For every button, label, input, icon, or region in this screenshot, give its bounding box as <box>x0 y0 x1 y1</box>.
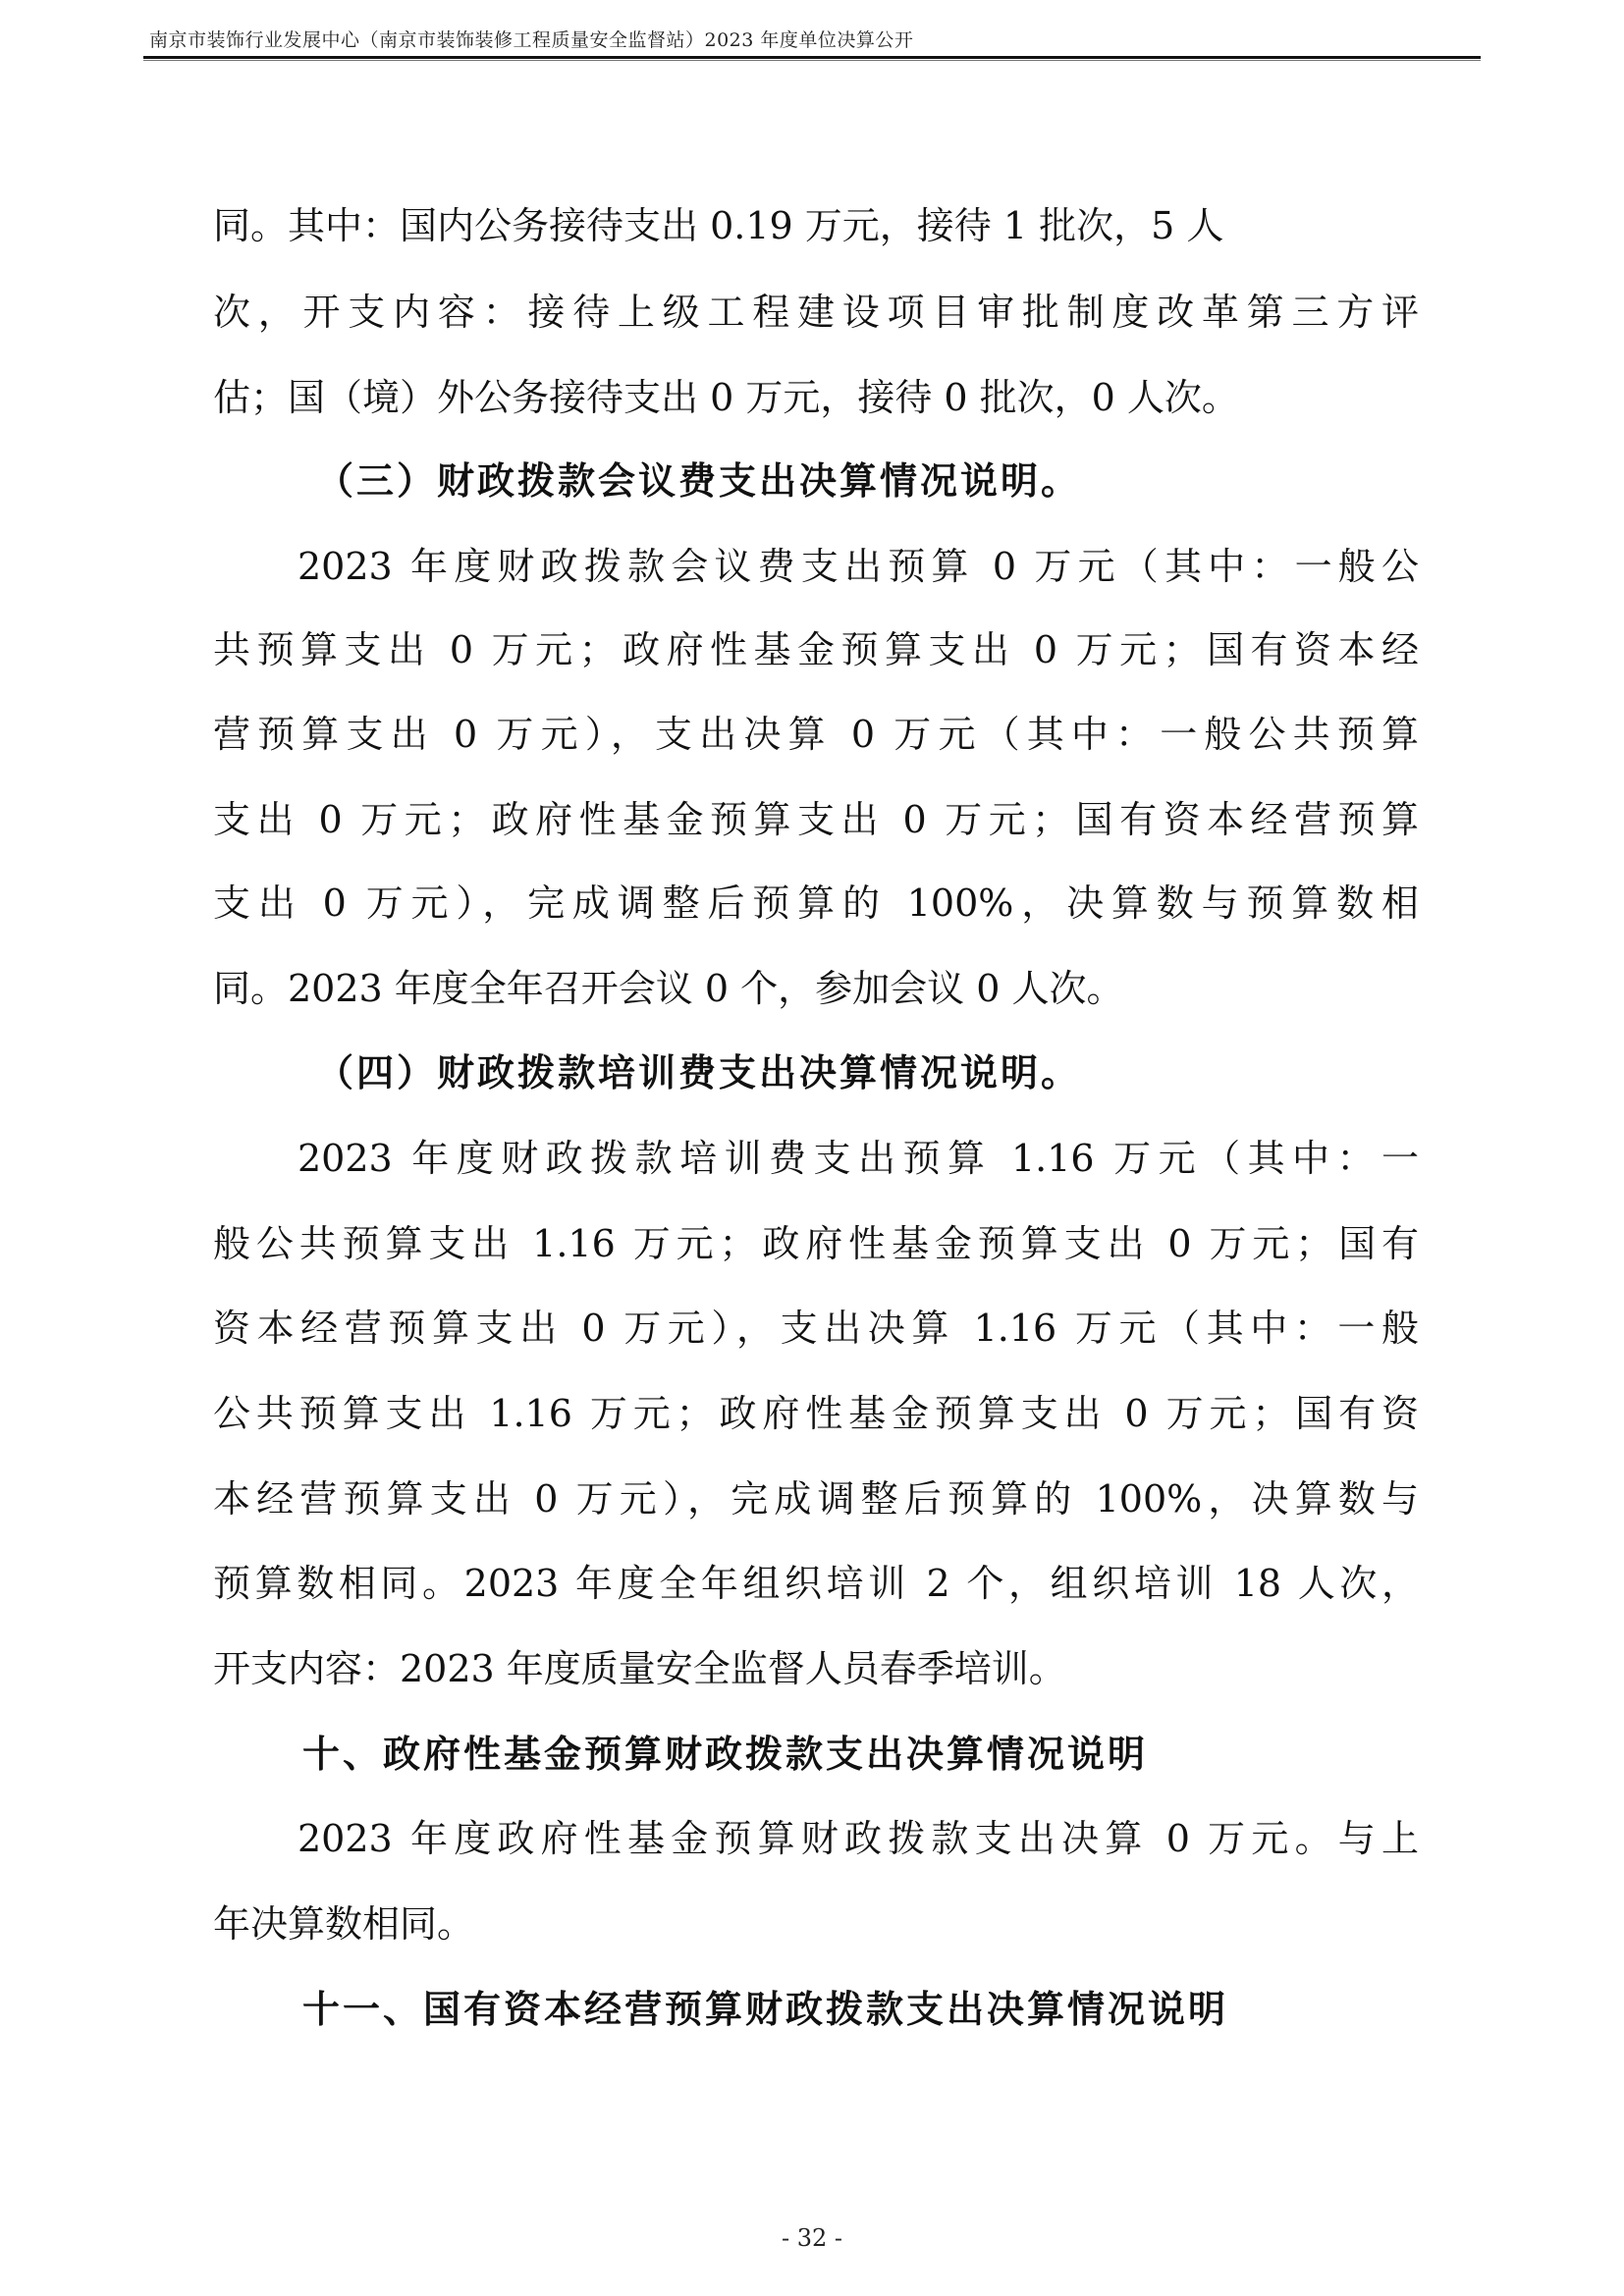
body-line: 次，开支内容：接待上级工程建设项目审批制度改革第三方评 <box>213 288 1419 337</box>
body-line: 共预算支出 0 万元；政府性基金预算支出 0 万元；国有资本经 <box>213 625 1419 674</box>
body-line: 2023 年度财政拨款培训费支出预算 1.16 万元（其中：一 <box>298 1134 1419 1183</box>
body-line: 同。其中：国内公务接待支出 0.19 万元，接待 1 批次，5 人 <box>213 201 1419 250</box>
body-line: 支出 0 万元），完成调整后预算的 100%，决算数与预算数相 <box>213 879 1419 928</box>
subsection-heading-meeting-expense: （三）财政拨款会议费支出决算情况说明。 <box>316 456 1081 506</box>
body-line: 支出 0 万元；政府性基金预算支出 0 万元；国有资本经营预算 <box>213 795 1419 844</box>
body-line: 开支内容：2023 年度质量安全监督人员春季培训。 <box>213 1644 1419 1693</box>
body-line: 公共预算支出 1.16 万元；政府性基金预算支出 0 万元；国有资 <box>213 1389 1419 1438</box>
body-line: 同。2023 年度全年召开会议 0 个，参加会议 0 人次。 <box>213 964 1419 1013</box>
body-line: 营预算支出 0 万元），支出决算 0 万元（其中：一般公共预算 <box>213 710 1419 759</box>
body-line: 年决算数相同。 <box>213 1899 1419 1949</box>
body-line: 资本经营预算支出 0 万元），支出决算 1.16 万元（其中：一般 <box>213 1304 1419 1353</box>
body-line: 估；国（境）外公务接待支出 0 万元，接待 0 批次，0 人次。 <box>213 373 1419 422</box>
body-line: 预算数相同。2023 年度全年组织培训 2 个，组织培训 18 人次， <box>213 1559 1419 1608</box>
section-heading-government-fund: 十、政府性基金预算财政拨款支出决算情况说明 <box>302 1730 1148 1779</box>
body-line: 2023 年度政府性基金预算财政拨款支出决算 0 万元。与上 <box>298 1814 1419 1863</box>
document-running-header: 南京市装饰行业发展中心（南京市装饰装修工程质量安全监督站）2023 年度单位决算… <box>149 26 913 52</box>
body-line: 本经营预算支出 0 万元），完成调整后预算的 100%，决算数与 <box>213 1474 1419 1523</box>
subsection-heading-training-expense: （四）财政拨款培训费支出决算情况说明。 <box>316 1048 1081 1097</box>
header-divider <box>143 56 1481 61</box>
section-heading-state-capital: 十一、国有资本经营预算财政拨款支出决算情况说明 <box>302 1985 1228 2034</box>
body-line: 般公共预算支出 1.16 万元；政府性基金预算支出 0 万元；国有 <box>213 1219 1419 1268</box>
body-line: 2023 年度财政拨款会议费支出预算 0 万元（其中：一般公 <box>298 542 1419 591</box>
page-number: - 32 - <box>0 2224 1624 2252</box>
